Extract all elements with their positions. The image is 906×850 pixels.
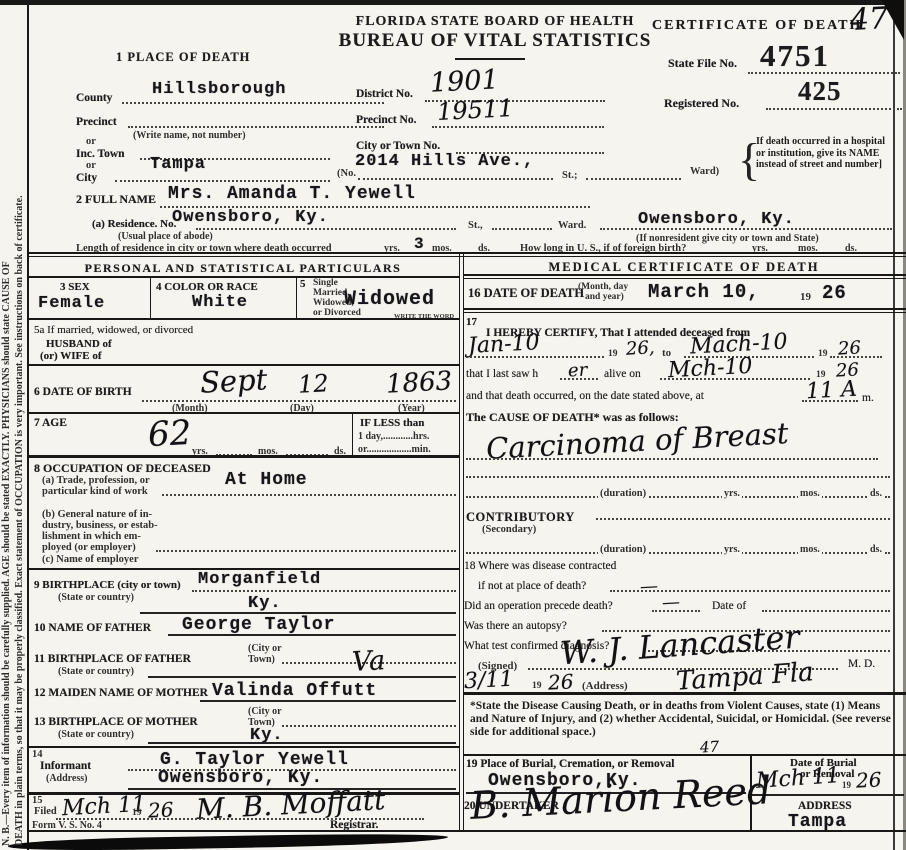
- ink-blot-artifact: [8, 832, 448, 850]
- cell-divider-race-marital: [296, 276, 297, 318]
- bureau-title: BUREAU OF VITAL STATISTICS: [320, 30, 670, 52]
- birthplace-state-hint: (State or country): [58, 592, 134, 603]
- duration1-ds: ds.: [868, 488, 884, 499]
- dod-bottom-rule1: [463, 308, 906, 310]
- father-town-hint: Town): [248, 654, 275, 665]
- operation-dash: —: [661, 592, 680, 614]
- race-value: White: [192, 293, 248, 312]
- wife-label: (or) WIFE of: [40, 350, 102, 362]
- state-file-label: State File No.: [668, 56, 737, 71]
- burial-place-label: 19 Place of Burial, Cremation, or Remova…: [466, 758, 674, 770]
- informant-address-hint: (Address): [46, 773, 87, 784]
- precinct-no-label: Precinct No.: [356, 114, 416, 126]
- abode-hint: (Usual place of abode): [118, 231, 213, 242]
- registered-number: 425: [798, 76, 842, 107]
- state-file-number: 4751: [760, 38, 830, 74]
- certificate-title: CERTIFICATE OF DEATH: [652, 18, 862, 34]
- district-no-label: District No.: [356, 88, 413, 100]
- informant-number: 14: [32, 749, 43, 760]
- district-no-value: 1901: [429, 64, 499, 99]
- county-label: County: [76, 92, 112, 104]
- occupation-b-line1: (b) General nature of in-: [42, 509, 152, 520]
- birthplace-state-line: [140, 612, 456, 614]
- residence-ward-value: Owensboro, Ky.: [638, 210, 795, 229]
- mother-name-line: [200, 700, 456, 702]
- mother-birthplace-dots: [282, 725, 456, 727]
- precinct-label: Precinct: [76, 116, 117, 128]
- street-no-label: (No.: [337, 168, 356, 179]
- dob-year-value: 1863: [385, 366, 453, 399]
- death-time-line: [802, 400, 858, 402]
- cause-line1: [466, 458, 878, 460]
- occupation-b-line: [156, 550, 456, 552]
- duration2-yrs: yrs.: [722, 544, 742, 555]
- occupation-b-line3: lishment in which em-: [42, 531, 141, 542]
- residence-st-line: [492, 228, 552, 230]
- father-name-line: [168, 634, 456, 636]
- lastsaw-text1: that I last saw h: [466, 368, 538, 380]
- father-name-value: George Taylor: [182, 615, 335, 635]
- operation-question: Did an operation precede death?: [464, 600, 613, 612]
- duration2-mos: mos.: [798, 544, 822, 555]
- attended-from-19: 19: [608, 349, 618, 359]
- city-town-no-label: City or Town No.: [356, 140, 440, 152]
- dod-bottom-rule2: [463, 312, 906, 313]
- disease-contracted-q2: if not at place of death?: [478, 580, 586, 592]
- precinct-no-value: 19511: [436, 94, 514, 126]
- father-cityor-hint: (City or: [248, 643, 282, 654]
- cause-line2: [466, 476, 890, 478]
- date-of-death-hint2: and year): [585, 292, 624, 302]
- filed-19: 19: [132, 808, 142, 818]
- signed-19: 19: [532, 681, 542, 691]
- disease-contracted-q1: 18 Where was disease contracted: [464, 560, 616, 572]
- section-double-rule-2: [28, 256, 906, 257]
- disease-contracted-dash: —: [639, 576, 658, 598]
- county-value: Hillsborough: [152, 80, 286, 99]
- precinct-no-line: [432, 126, 604, 128]
- contributory-line: [596, 518, 890, 520]
- mother-birthplace-line: [148, 742, 456, 744]
- burial-date-line: [752, 794, 904, 796]
- secondary-label: (Secondary): [482, 524, 536, 535]
- operation-date-of: Date of: [712, 600, 746, 612]
- form-number-label: Form V. S. No. 4: [32, 820, 102, 831]
- ifless-line1: IF LESS than: [360, 417, 424, 429]
- signed-date-value: 3/11: [463, 667, 514, 695]
- dob-month-value: Sept: [199, 362, 268, 399]
- inc-town-label: Inc. Town: [76, 148, 125, 160]
- duration2-ds: ds.: [868, 544, 884, 555]
- bottom-rule: [28, 830, 906, 832]
- occupation-a-line: [162, 494, 456, 496]
- marital-option-single: Single: [313, 278, 338, 288]
- mother-name-value: Valinda Offutt: [212, 681, 377, 701]
- signed-address-label: (Address): [582, 680, 628, 692]
- occupation-a-value: At Home: [225, 470, 308, 490]
- registrar-label: Registrar.: [330, 819, 378, 831]
- age-value: 62: [147, 413, 192, 455]
- sex-label: 3 SEX: [60, 281, 90, 293]
- occupation-a-line1: (a) Trade, profession, or: [42, 475, 150, 486]
- lastsaw-text2: alive on: [604, 368, 641, 380]
- birthplace-value: Morganfield: [198, 570, 321, 589]
- precinct-hint: (Write name, not number): [133, 130, 246, 141]
- date-of-death-hint1: (Month, day: [578, 282, 628, 292]
- attended-to-19: 19: [818, 349, 828, 359]
- race-label: 4 COLOR OR RACE: [156, 281, 258, 293]
- mother-name-label: 12 MAIDEN NAME OF MOTHER: [34, 687, 208, 699]
- duration1-mos: mos.: [798, 488, 822, 499]
- father-birthplace-label: 11 BIRTHPLACE OF FATHER: [34, 653, 191, 665]
- informant-value: G. Taylor Yewell: [160, 750, 349, 770]
- or-a: or: [86, 136, 96, 147]
- city-label: City: [76, 172, 97, 184]
- precinct-line: [128, 126, 384, 128]
- date-of-death-year: 26: [822, 282, 847, 304]
- duration1-label: (duration): [598, 488, 648, 499]
- filed-number: 15: [32, 795, 43, 806]
- residence-ward-label: Ward.: [558, 220, 586, 231]
- or-b: or: [86, 160, 96, 171]
- top-edge-bar: [0, 0, 906, 5]
- father-birthplace-line: [148, 676, 456, 678]
- street-line: [358, 178, 553, 180]
- dob-label: 6 DATE OF BIRTH: [34, 386, 132, 398]
- city-value: Tampa: [150, 155, 206, 174]
- medical-title-rule2: [463, 278, 906, 279]
- length-yrs-value: 3: [414, 235, 425, 253]
- death-time-m: m.: [862, 392, 874, 404]
- dob-day-value: 12: [297, 369, 329, 399]
- city-line: [115, 180, 330, 182]
- mother-birthplace-label: 13 BIRTHPLACE OF MOTHER: [34, 716, 198, 728]
- duration2-label: (duration): [598, 544, 648, 555]
- marital-value: Widowed: [344, 288, 435, 311]
- occupation-c-label: (c) Name of employer: [42, 554, 139, 565]
- duration1-yrs: yrs.: [722, 488, 742, 499]
- medical-title: MEDICAL CERTIFICATE OF DEATH: [464, 260, 904, 275]
- margin-note-line1: N. B.—Every item of information should b…: [1, 6, 12, 846]
- marital-number: 5: [300, 278, 306, 290]
- county-line: [122, 102, 384, 104]
- residence-st-label: St.,: [468, 220, 483, 231]
- occupation-b-line4: ployed (or employer): [42, 542, 136, 553]
- father-birthplace-value: Va: [351, 645, 386, 678]
- undertaker-address-label: ADDRESS: [798, 800, 852, 812]
- footnote-bottom-rule: [463, 754, 906, 756]
- husband-label: HUSBAND of: [46, 338, 112, 350]
- dob-line: [142, 400, 456, 402]
- informant-address-value: Owensboro, Ky.: [158, 768, 323, 788]
- fullname-value: Mrs. Amanda T. Yewell: [168, 184, 416, 204]
- mother-cityor-hint: (City or: [248, 706, 282, 717]
- attended-from-value: Jan-10: [467, 330, 540, 359]
- informant-label: Informant: [40, 760, 91, 772]
- burial-19: 19: [842, 780, 851, 790]
- hospital-note: If death occurred in a hospital or insti…: [756, 136, 892, 171]
- section-double-rule-1: [28, 252, 906, 254]
- signed-year-value: 26: [547, 669, 574, 694]
- duration1-line: [466, 496, 890, 498]
- date-of-death-label: 16 DATE OF DEATH: [468, 286, 584, 301]
- left-page-border: [27, 4, 29, 850]
- death-certificate-scan: N. B.—Every item of information should b…: [0, 0, 906, 850]
- operation-date-line: [762, 610, 890, 612]
- date-of-death-19: 19: [800, 291, 811, 303]
- sex-value: Female: [38, 294, 105, 313]
- ifless-line3: or..................min.: [358, 444, 431, 455]
- violent-causes-footnote: *State the Disease Causing Death, or in …: [470, 700, 894, 739]
- place-of-death-title: 1 PLACE OF DEATH: [116, 50, 250, 65]
- age-label: 7 AGE: [34, 417, 67, 429]
- personal-title: PERSONAL AND STATISTICAL PARTICULARS: [30, 261, 456, 276]
- burial-year-value: 26: [855, 767, 882, 792]
- signature-bottom-rule: [463, 692, 906, 695]
- residence-ward-line: [600, 228, 892, 230]
- board-title: FLORIDA STATE BOARD OF HEALTH: [330, 14, 660, 30]
- birthplace-label: 9 BIRTHPLACE (city or town): [34, 579, 181, 591]
- occupation-a-line2: particular kind of work: [42, 486, 148, 497]
- residence-value: Owensboro, Ky.: [172, 208, 329, 227]
- age-bottom-rule: [28, 455, 459, 458]
- ward-label: Ward): [690, 166, 719, 177]
- from-line: [466, 356, 604, 358]
- cells-bottom-rule: [28, 318, 459, 320]
- birthplace-line: [192, 590, 456, 592]
- to-year-line: [830, 356, 882, 358]
- fullname-label: 2 FULL NAME: [76, 192, 156, 207]
- birthplace-state-value: Ky.: [248, 594, 282, 613]
- ifless-line2: 1 day,............hrs.: [358, 431, 429, 442]
- autopsy-question: Was there an autopsy?: [464, 620, 567, 632]
- personal-title-rule: [28, 276, 459, 278]
- residence-line: [196, 228, 456, 230]
- undertaker-address-value: Tampa: [788, 812, 847, 832]
- father-state-hint: (State or country): [58, 666, 134, 677]
- age-subcell-divider: [352, 412, 353, 457]
- attended-from-year: 26,: [625, 337, 655, 359]
- occupation-b-line2: dustry, business, or estab-: [42, 520, 158, 531]
- filed-label: Filed: [34, 806, 57, 817]
- margin-note-line2: DEATH in plain terms, so that it may be …: [14, 6, 25, 846]
- st-line: [586, 178, 681, 180]
- state-file-line: [748, 72, 900, 74]
- occupation-title: 8 OCCUPATION OF DECEASED: [34, 461, 211, 476]
- md-label: M. D.: [848, 658, 875, 670]
- residence-label: (a) Residence. No.: [92, 218, 176, 230]
- lastsaw-er-line: [560, 378, 598, 380]
- mother-bottom-rule: [28, 746, 459, 748]
- bureau-underline: [455, 58, 525, 60]
- duration2-line: [466, 552, 890, 554]
- date-of-death-value: March 10,: [648, 281, 760, 303]
- death-occurred-text: and that death occurred, on the date sta…: [466, 390, 704, 402]
- mother-state-hint: (State or country): [58, 729, 134, 740]
- father-name-label: 10 NAME OF FATHER: [34, 622, 151, 634]
- certificate-number-handwritten: 47: [849, 1, 889, 38]
- medical-title-rule1: [463, 274, 906, 276]
- dob-bottom-rule: [28, 412, 459, 414]
- cell-divider-sex-race: [150, 276, 151, 318]
- q5a-label: 5a If married, widowed, or divorced: [34, 324, 193, 336]
- column-divider-1: [459, 252, 460, 832]
- lastsaw-line: [660, 378, 810, 380]
- st-label: St.;: [562, 170, 577, 181]
- registered-line: [766, 108, 902, 110]
- registered-label: Registered No.: [664, 96, 739, 111]
- q17-number: 17: [466, 316, 477, 328]
- column-divider-2: [463, 252, 464, 832]
- street-value: 2014 Hills Ave.,: [355, 152, 534, 171]
- signed-address-value: Tampa Fla: [675, 657, 815, 697]
- contributory-label: CONTRIBUTORY: [466, 510, 575, 525]
